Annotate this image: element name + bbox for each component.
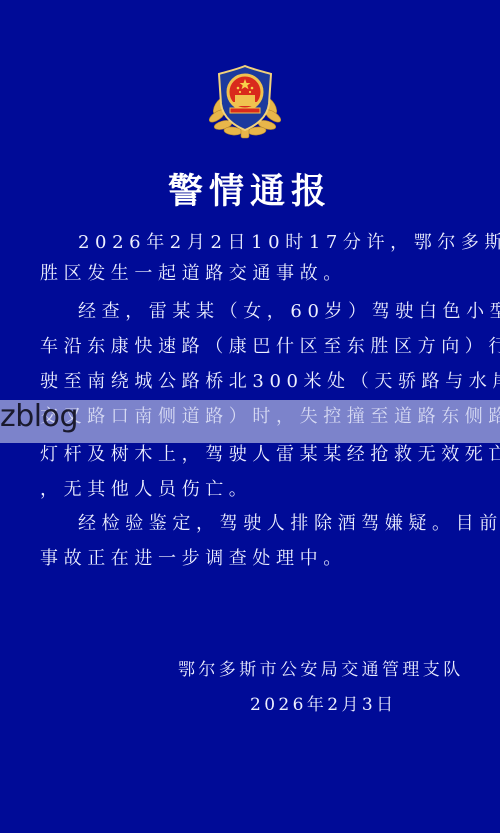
issuer: 鄂尔多斯市公安局交通管理支队 [178, 655, 464, 680]
paragraph-3-line-2: 事故正在进一步调查处理中。 [40, 548, 460, 570]
paragraph-3-line-1: 经检验鉴定，驾驶人排除酒驾嫌疑。目前， [78, 513, 498, 535]
paragraph-2-line-6: ，无其他人员伤亡。 [40, 479, 460, 501]
paragraph-1-line-2: 胜区发生一起道路交通事故。 [40, 263, 460, 285]
watermark-text: zblog [0, 399, 78, 434]
page-title: 警情通报 [0, 164, 500, 214]
paragraph-2-line-3: 驶至南绕城公路桥北300米处（天骄路与水岸街 [40, 371, 460, 393]
police-emblem-icon [205, 62, 285, 142]
paragraph-2-line-5: 灯杆及树木上，驾驶人雷某某经抢救无效死亡 [40, 444, 460, 466]
issue-date: 2026年2月3日 [250, 690, 397, 715]
paragraph-1-line-1: 2026年2月2日10时17分许，鄂尔多斯市东 [78, 232, 498, 254]
paragraph-2-line-1: 经查，雷某某（女，60岁）驾驶白色小型轿 [78, 301, 498, 323]
paragraph-2-line-2: 车沿东康快速路（康巴什区至东胜区方向）行 [40, 336, 460, 358]
police-notice-page: 警情通报 2026年2月2日10时17分许，鄂尔多斯市东 胜区发生一起道路交通事… [0, 0, 500, 833]
